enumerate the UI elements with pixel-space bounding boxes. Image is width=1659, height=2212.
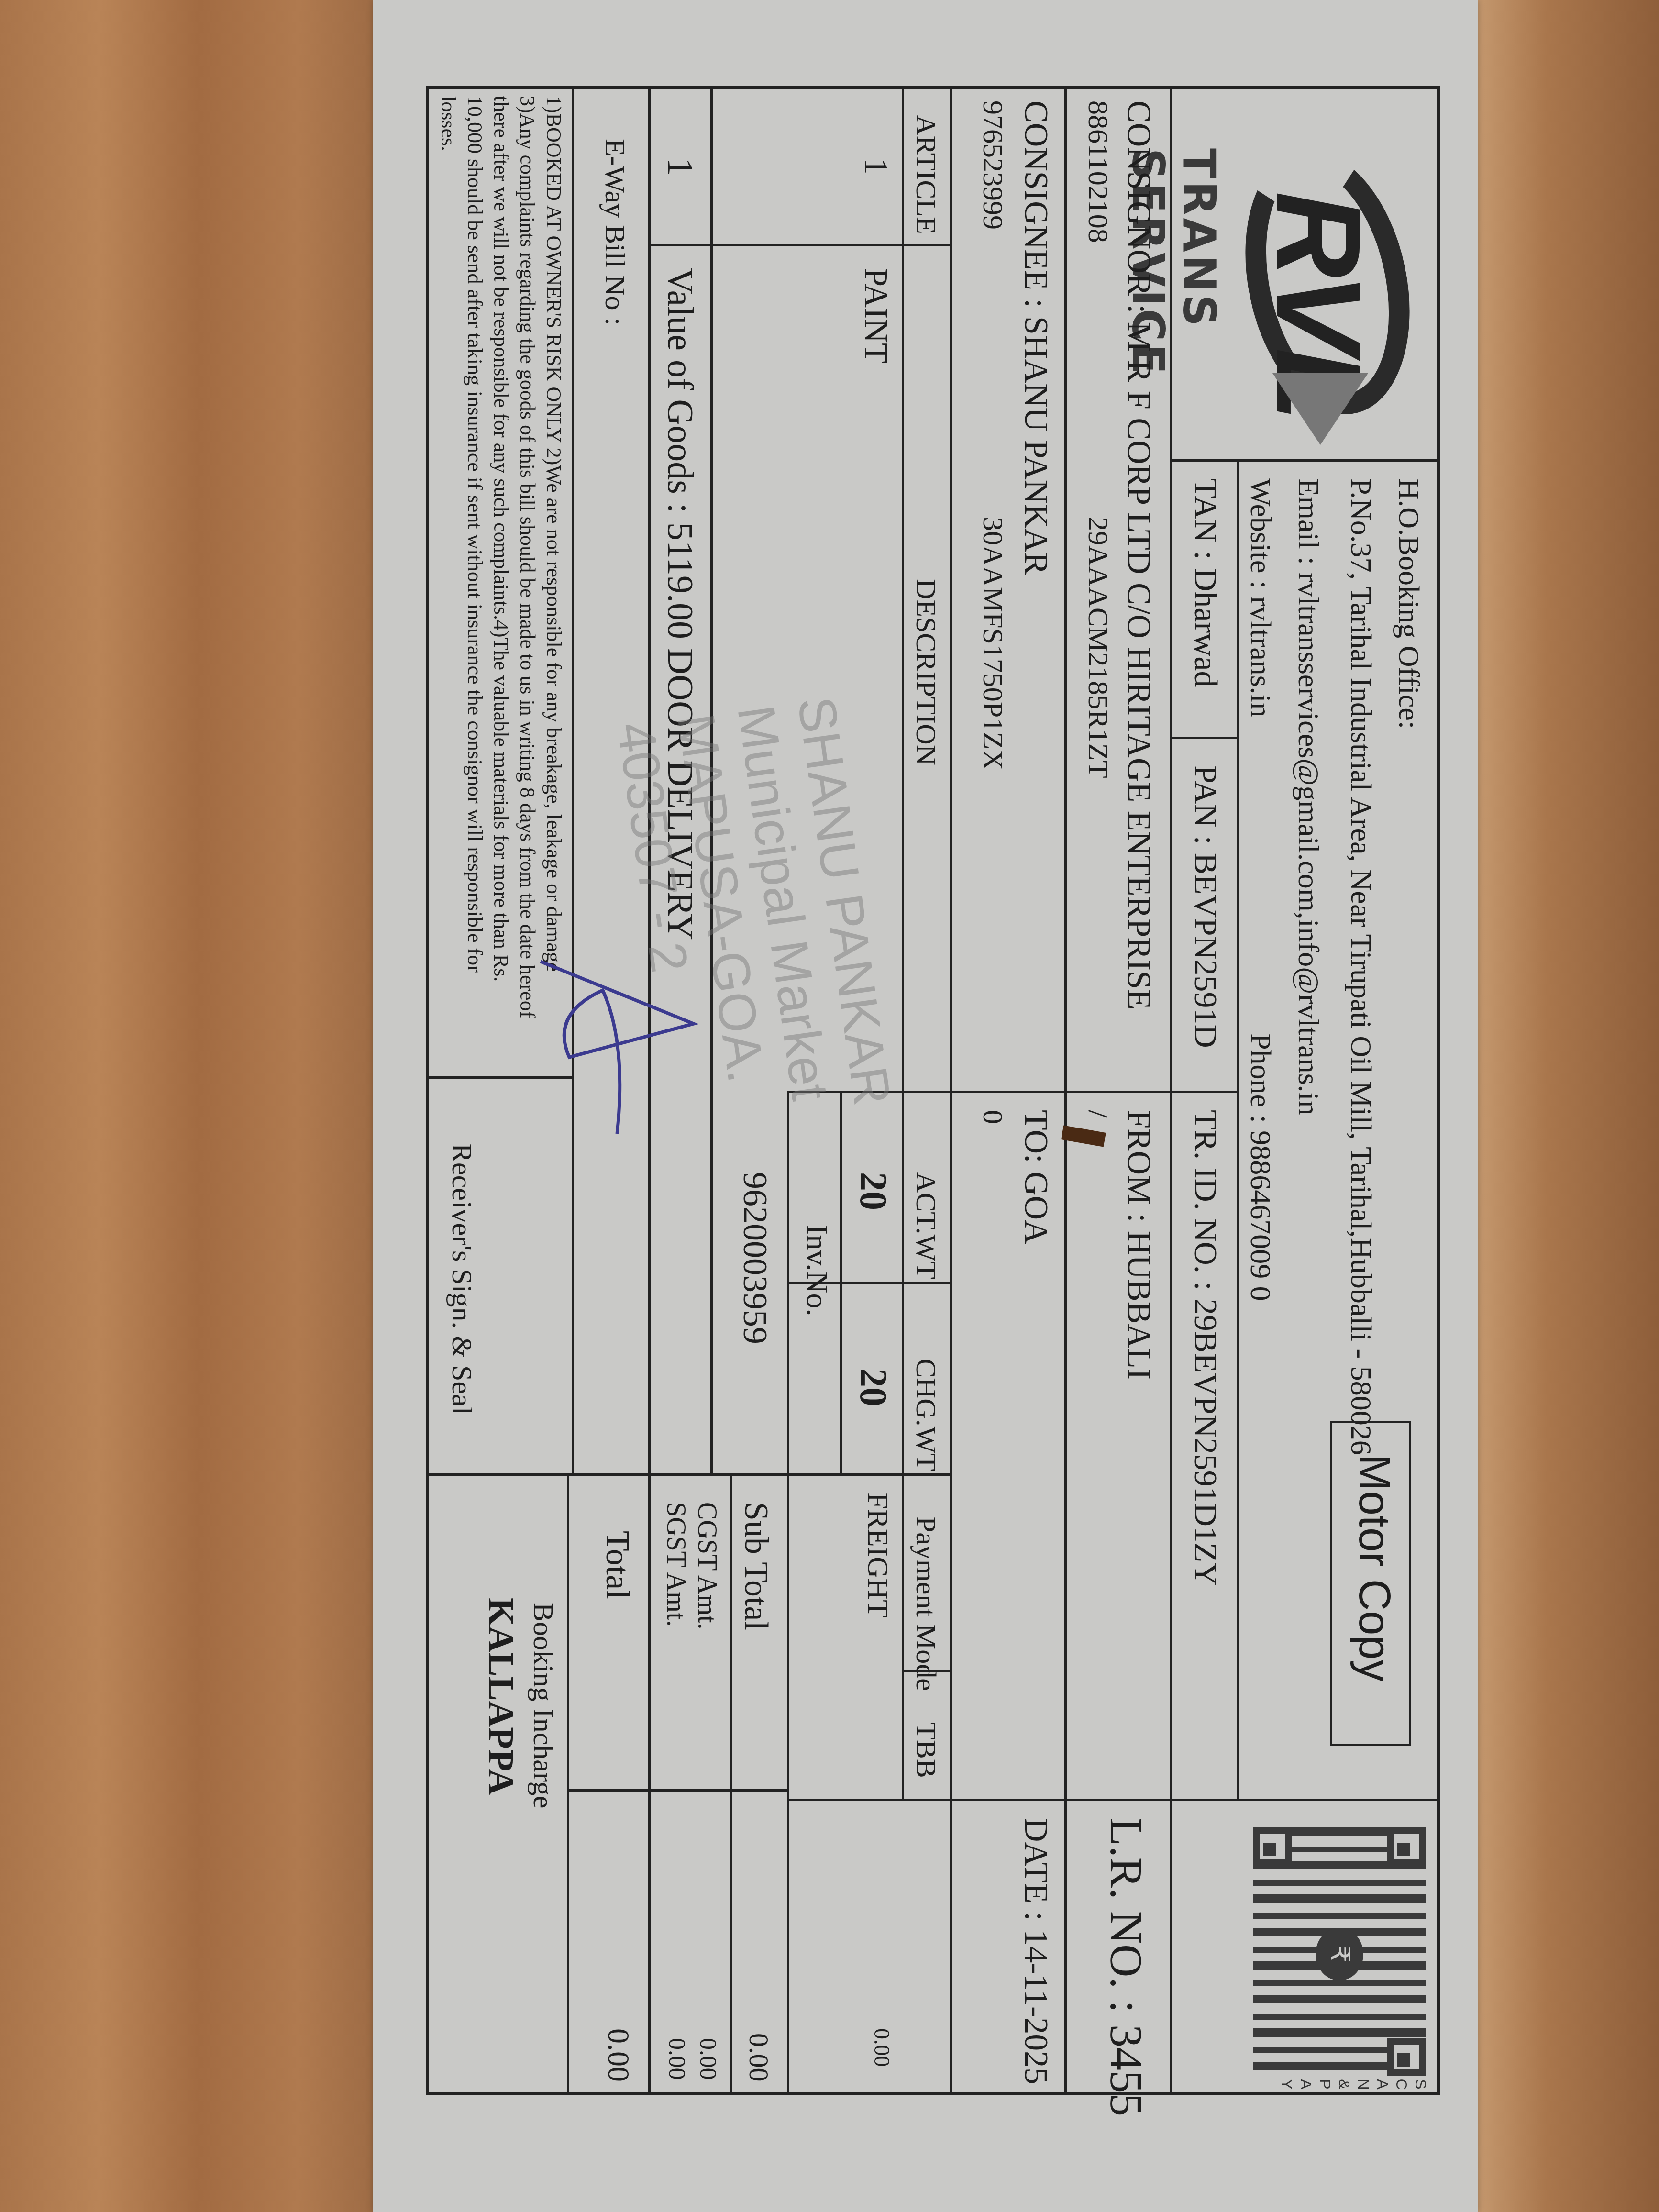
wood-table-background (1473, 0, 1659, 2212)
total-value: 0.00 (601, 2028, 636, 2082)
terms-and-conditions: 1)BOOKED AT OWNER'S RISK ONLY 2)We are n… (435, 96, 567, 1072)
divider (904, 244, 952, 246)
scan-pay-char: A (1296, 2077, 1316, 2091)
company-website: Website : rvltrans.in (1243, 478, 1277, 718)
scan-pay-char: S (1411, 2077, 1430, 2091)
divider (1172, 459, 1440, 462)
invoice-label: Inv.No. (799, 1225, 835, 1316)
company-address: P.No.37, Tarihal Industrial Area, Near T… (1344, 478, 1378, 1455)
route-to: TO: GOA (1017, 1110, 1055, 1244)
cgst-value: 0.00 (695, 2038, 722, 2080)
sub-total-value: 0.00 (743, 2033, 775, 2082)
terms-line: 3)Any complaints regarding the goods of … (514, 96, 541, 1072)
divider (840, 1091, 842, 1473)
company-logo: RVL TRANS SERVICE (1172, 105, 1421, 440)
scan-pay-char: C (1392, 2077, 1411, 2091)
rupee-qr-icon: ₹ (1316, 1928, 1363, 1980)
divider (952, 1091, 1172, 1093)
divider (1237, 459, 1239, 1799)
col-chg-wt: CHG.WT (909, 1359, 942, 1471)
route-from-sub: / (1082, 1110, 1115, 1118)
sub-total-label: Sub Total (737, 1502, 775, 1630)
logo-arrow-icon (1272, 373, 1368, 445)
divider (572, 86, 574, 1473)
article-count: 1 (856, 158, 895, 175)
terms-line: 10,000 should be send after taking insur… (462, 96, 488, 1072)
qr-finder (1253, 1827, 1292, 1866)
consignor-phone: 8861102108 (1082, 100, 1115, 243)
divider (651, 244, 904, 246)
terms-line: losses. (435, 96, 462, 1072)
divider (567, 1473, 569, 2095)
scan-and-pay-label: S C A N & P A Y (1277, 2077, 1430, 2091)
total-label: Total (598, 1531, 636, 1599)
scan-pay-char: & (1335, 2077, 1354, 2091)
signature-mark (531, 947, 713, 1148)
actual-weight: 20 (851, 1172, 895, 1210)
col-description: DESCRIPTION (909, 579, 942, 765)
consignee-gstin: 30AAMFS1750P1ZX (976, 517, 1009, 770)
invoice-number: 9620003959 (735, 1172, 775, 1344)
divider (902, 86, 904, 1799)
pan-number: PAN : BEVPN2591D (1187, 765, 1225, 1048)
divider (789, 1799, 1440, 1801)
col-act-wt: ACT.WT (909, 1172, 942, 1279)
divider (569, 1789, 789, 1792)
ho-label: H.O.Booking Office: (1392, 478, 1426, 729)
terms-line: 1)BOOKED AT OWNER'S RISK ONLY 2)We are n… (541, 96, 567, 1072)
scan-pay-char: P (1316, 2077, 1335, 2091)
total-articles: 1 (659, 158, 701, 176)
freight-label: FREIGHT (861, 1493, 895, 1618)
divider (904, 1670, 952, 1672)
divider (787, 1473, 789, 2095)
eway-bill-label: E-Way Bill No : (598, 139, 631, 325)
divider (730, 1473, 732, 2095)
charged-weight: 20 (851, 1368, 895, 1406)
sgst-label: SGST Amt. (661, 1502, 691, 1626)
sgst-value: 0.00 (664, 2038, 691, 2080)
receiver-sign-label: Receiver's Sign. & Seal (445, 1143, 478, 1415)
booking-incharge-name: KALLAPPA (480, 1598, 521, 1795)
freight-value: 0.00 (869, 2028, 895, 2067)
payment-qr-code[interactable]: ₹ (1253, 1827, 1426, 2076)
qr-finder (1387, 2038, 1426, 2076)
route-to-sub: 0 (976, 1110, 1009, 1124)
col-payment-mode: Payment Mode (909, 1516, 942, 1691)
consignor-name: CONSIGNOR : M R F CORP LTD C/O HIRITAGE … (1119, 100, 1158, 1010)
consignee-name: CONSIGNEE : SHANU PANKAR (1017, 100, 1055, 575)
divider (648, 1473, 651, 2095)
tr-id-number: TR. ID. NO. : 29BEVPN2591D1ZY (1187, 1110, 1225, 1586)
lr-number: L.R. NO. : 3455 (1100, 1818, 1153, 2116)
terms-line: there after we will not be responsible f… (488, 96, 514, 1072)
goods-description: PAINT (856, 268, 895, 364)
payment-mode-value: TBB (909, 1722, 942, 1778)
booking-incharge-label: Booking Incharge (527, 1603, 560, 1808)
col-article: ARTICLE (909, 115, 942, 234)
consignor-gstin: 29AAACM2185R1ZT (1082, 517, 1115, 778)
copy-label: Motor Copy (1349, 1454, 1399, 1682)
cgst-label: CGST Amt. (692, 1502, 722, 1630)
company-email: Email : rvltransservices@gmail.com,info@… (1291, 478, 1325, 1116)
scan-pay-char: N (1354, 2077, 1373, 2091)
lr-date: DATE : 14-11-2025 (1017, 1818, 1055, 2084)
divider (1172, 1091, 1239, 1093)
lorry-receipt: RVL TRANS SERVICE H.O.Booking Office: P.… (426, 86, 1440, 2095)
scan-pay-char: A (1373, 2077, 1392, 2091)
qr-finder (1387, 1827, 1426, 1866)
scan-pay-char: Y (1277, 2077, 1296, 2091)
consignee-phone: 976523999 (976, 100, 1009, 230)
divider (787, 1091, 789, 1473)
tan-number: TAN : Dharwad (1187, 478, 1225, 687)
divider (1172, 737, 1239, 739)
route-from: FROM : HUBBALI (1119, 1110, 1158, 1380)
company-phone: Phone : 9886467009 0 (1243, 1033, 1277, 1301)
divider (1064, 86, 1067, 2095)
divider (426, 1473, 952, 1476)
